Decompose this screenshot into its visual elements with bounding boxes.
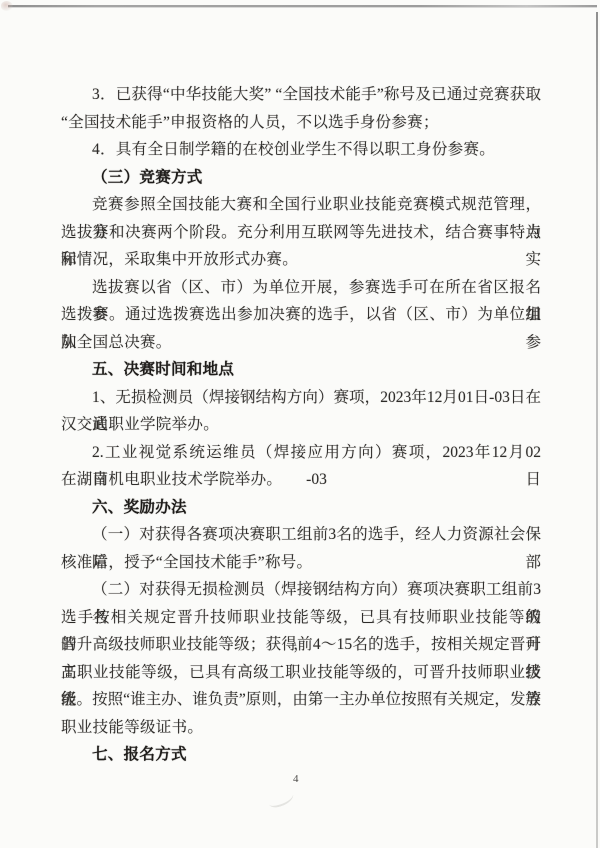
doc-line: 选拨赛。通过选拨赛选出参加决赛的选手，以省（区、市）为单位组队参 [61,301,541,329]
doc-line: （二）对获得无损检测员（焊接钢结构方向）赛项决赛职工组前3名的 [61,576,541,604]
doc-line: 职业技能等级证书。 [61,714,541,742]
doc-line: 4．具有全日制学籍的在校创业学生不得以职工身份参赛。 [61,136,541,164]
scan-right-edge-line [596,12,598,848]
scan-top-edge-line [8,5,597,7]
section-heading: 六、奖励办法 [61,494,541,522]
page-number: 4 [293,773,299,785]
doc-line: 竞赛参照全国技能大赛和全国行业职业技能竞赛模式规范管理，分为 [61,191,541,219]
doc-line: 工职业技能等级，已具有高级工职业技能等级的，可晋升技师职业技能等 [61,659,541,687]
scan-corner-mark [1,1,13,11]
doc-line: 选手按相关规定晋升技师职业技能等级，已具有技师职业技能等级的，可 [61,604,541,632]
doc-line: 级。按照“谁主办、谁负责”原则，由第一主办单位按照有关规定，发放 [61,686,541,714]
section-heading: （三）竞赛方式 [61,164,541,192]
doc-line: 3．已获得“中华技能大奖” “全国技术能手”称号及已通过竞赛获取 [61,81,541,109]
doc-line: （一）对获得各赛项决赛职工组前3名的选手，经人力资源社会保障部 [61,521,541,549]
doc-line: 选拔赛和决赛两个阶段。充分利用互联网等先进技术，结合赛事特点和实 [61,219,541,247]
scan-smudge-mark [266,788,295,809]
section-heading: 七、报名方式 [61,741,541,769]
doc-line: 晋升高级技师职业技能等级；获得前4～15名的选手，按相关规定晋升高级 [61,631,541,659]
doc-line: “全国技术能手”申报资格的人员，不以选手身份参赛； [61,109,541,137]
document-body: 3．已获得“中华技能大奖” “全国技术能手”称号及已通过竞赛获取 “全国技术能手… [61,81,541,769]
scanned-document-page: { "page": { "number": "4" }, "document":… [0,0,600,848]
doc-line: 选拔赛以省（区、市）为单位开展，参赛选手可在所在省区报名参加 [61,274,541,302]
section-heading: 五、决赛时间和地点 [61,356,541,384]
doc-line: 1、无损检测员（焊接钢结构方向）赛项，2023年12月01日-03日在武 [61,384,541,412]
doc-line: 2.工业视觉系统运维员（焊接应用方向）赛项，2023年12月02日-03日 [61,439,541,467]
doc-line: 汉交通职业学院举办。 [61,411,541,439]
